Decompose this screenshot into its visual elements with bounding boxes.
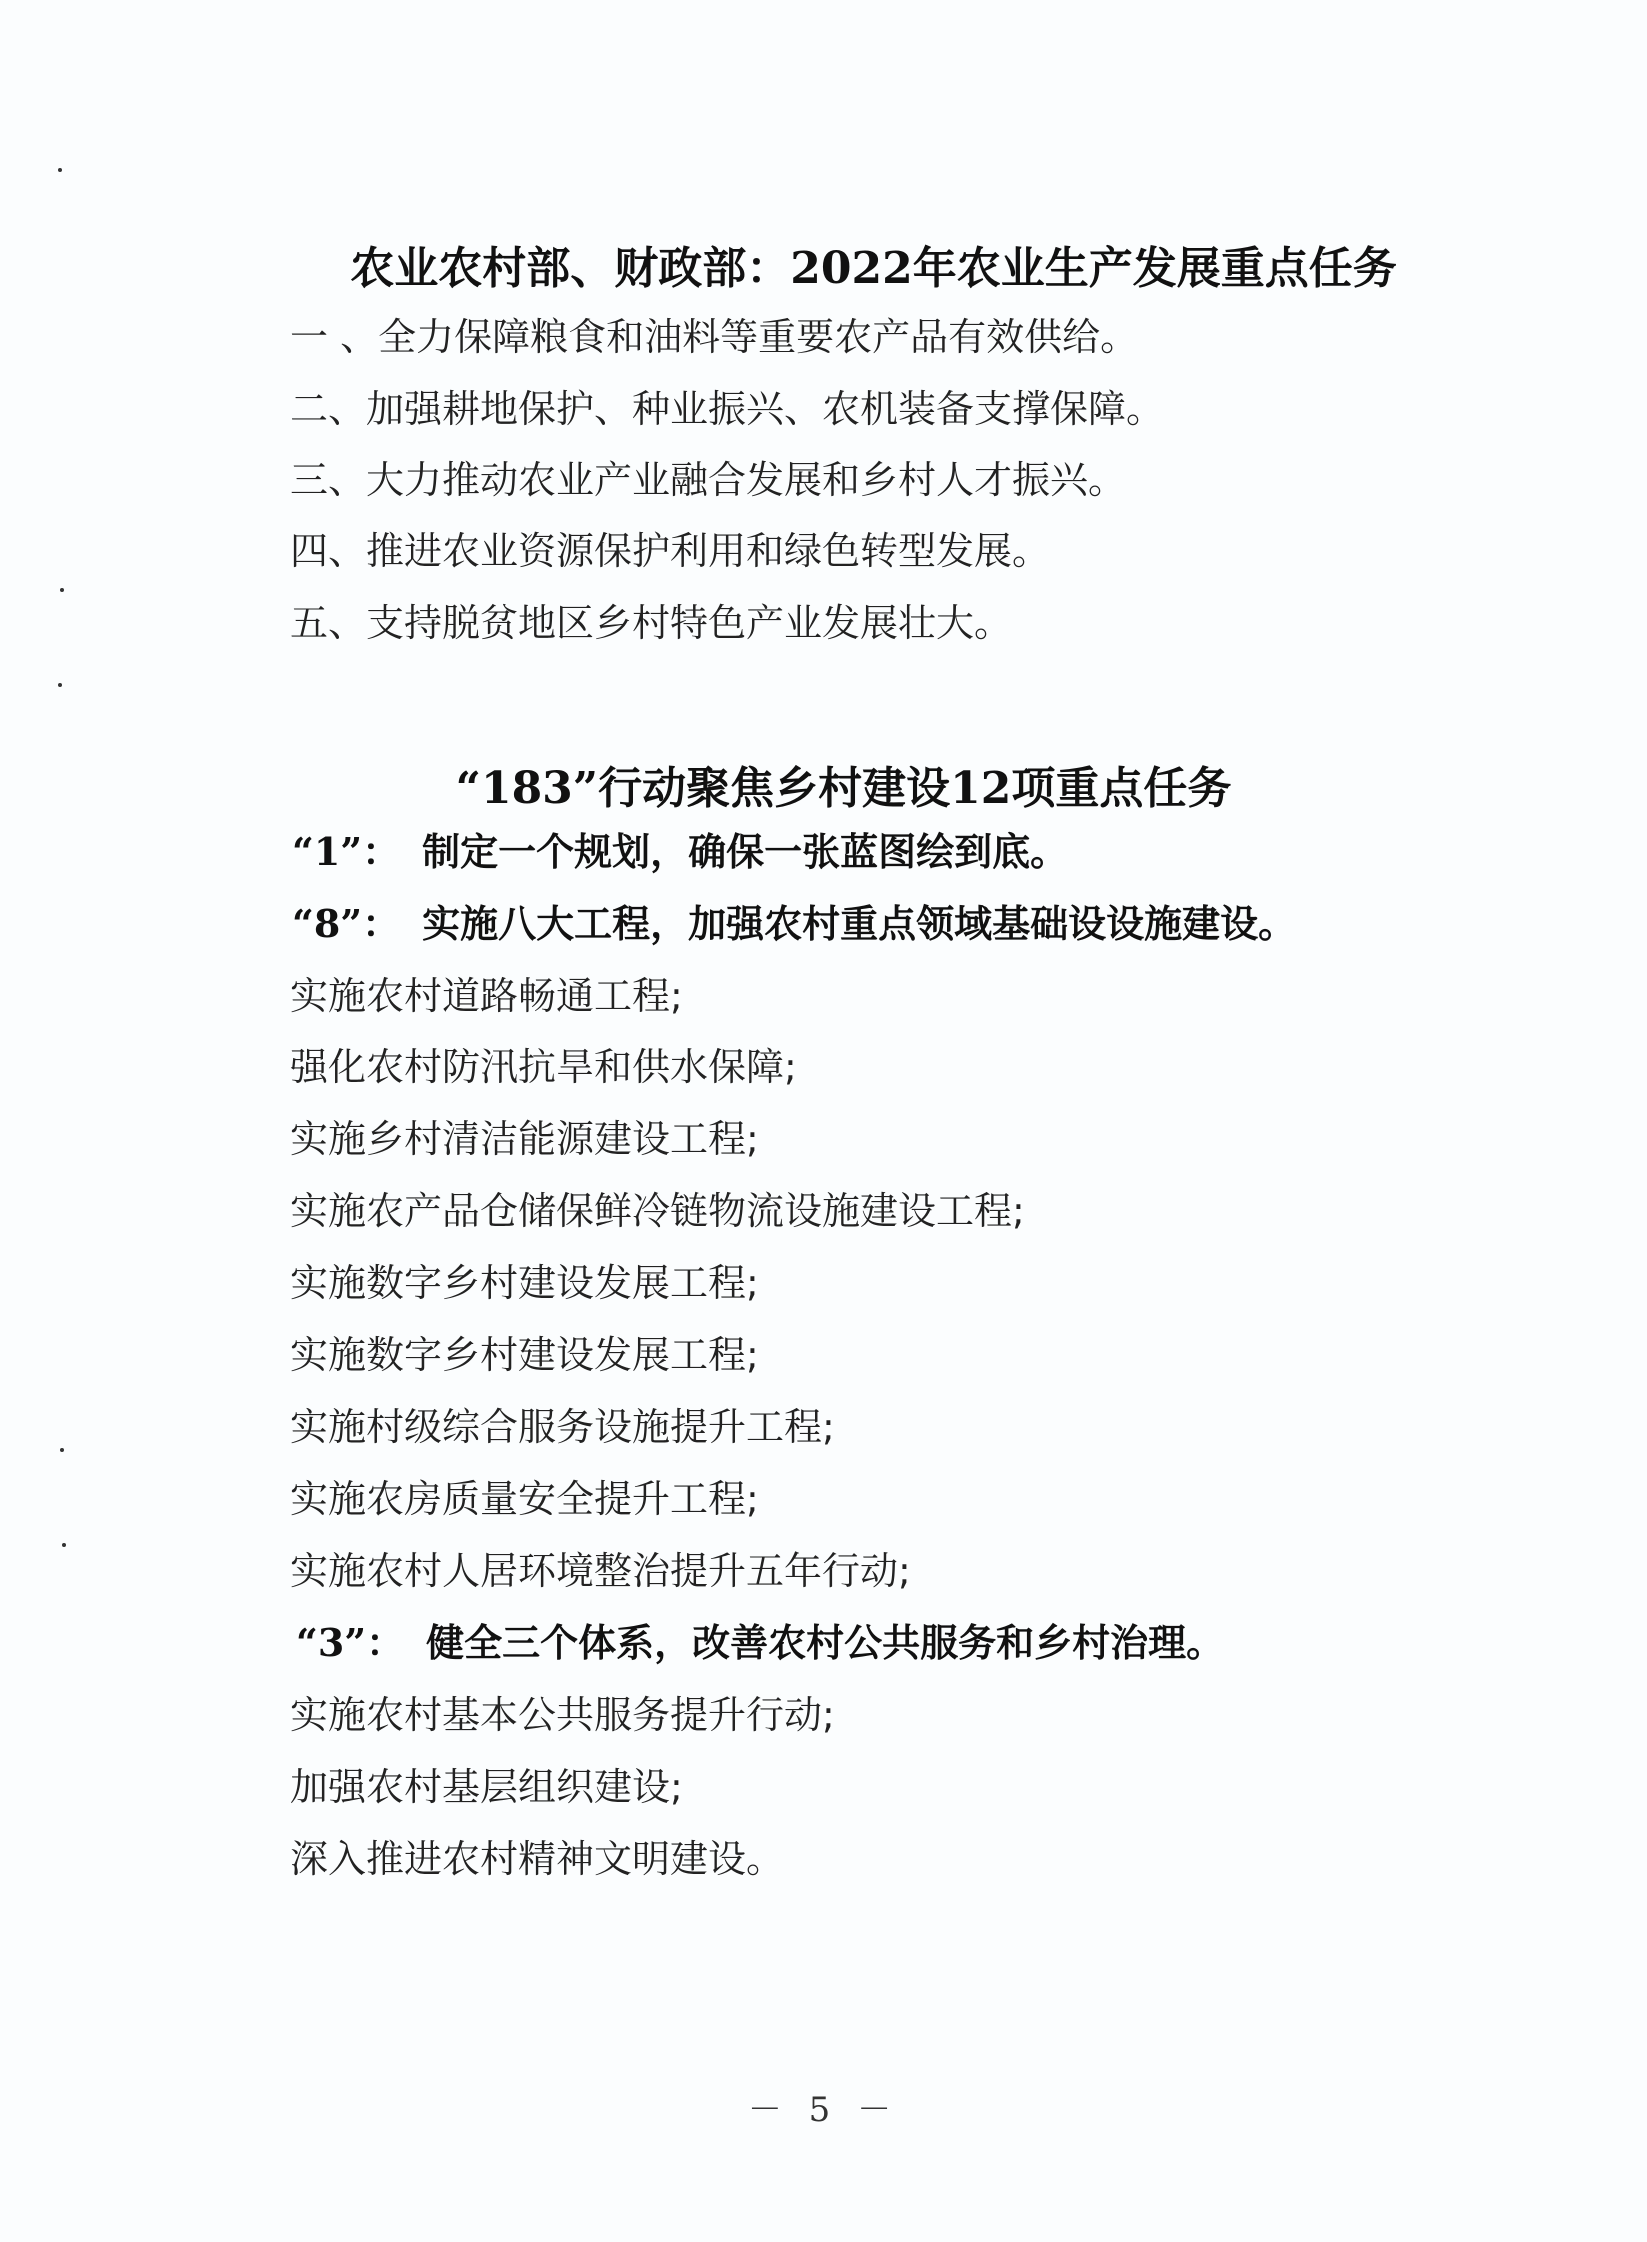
- group-8-label: “8”：: [292, 901, 400, 946]
- group-3-item: 加强农村基层组织建设;: [290, 1763, 683, 1811]
- group-1-heading: “1”：制定一个规划，确保一张蓝图绘到底。: [292, 828, 1068, 876]
- group-8-item: 强化农村防汛抗旱和供水保障;: [290, 1043, 797, 1091]
- group-3-label: “3”：: [296, 1620, 404, 1665]
- document-page: 农业农村部、财政部：2022年农业生产发展重点任务 一 、全力保障粮食和油料等重…: [0, 0, 1647, 2242]
- group-8-item: 实施农产品仓储保鲜冷链物流设施建设工程;: [290, 1187, 1025, 1235]
- group-8-item: 实施数字乡村建设发展工程;: [290, 1259, 759, 1307]
- page-number: － 5 －: [0, 2082, 1647, 2131]
- task-item-1: 一 、全力保障粮食和油料等重要农产品有效供给。: [290, 313, 1138, 361]
- group-8-item: 实施农房质量安全提升工程;: [290, 1475, 759, 1523]
- group-8-item: 实施农村人居环境整治提升五年行动;: [290, 1547, 911, 1595]
- task-item-4: 四、推进农业资源保护利用和绿色转型发展。: [290, 527, 1050, 575]
- group-3-text: 健全三个体系，改善农村公共服务和乡村治理。: [426, 1621, 1224, 1665]
- task-item-2: 二、加强耕地保护、种业振兴、农机装备支撑保障。: [290, 385, 1164, 433]
- group-1-text: 制定一个规划，确保一张蓝图绘到底。: [422, 830, 1068, 874]
- scan-speck: [58, 168, 62, 172]
- group-8-item: 实施乡村清洁能源建设工程;: [290, 1115, 759, 1163]
- task-item-5: 五、支持脱贫地区乡村特色产业发展壮大。: [290, 599, 1012, 647]
- group-8-text: 实施八大工程，加强农村重点领域基础设设施建设。: [422, 902, 1296, 946]
- group-3-item: 实施农村基本公共服务提升行动;: [290, 1691, 835, 1739]
- scan-speck: [60, 1448, 64, 1452]
- group-8-item: 实施村级综合服务设施提升工程;: [290, 1403, 835, 1451]
- group-1-label: “1”：: [292, 829, 400, 874]
- scan-speck: [60, 588, 64, 592]
- section-title-agriculture-tasks: 农业农村部、财政部：2022年农业生产发展重点任务: [50, 232, 1647, 296]
- scan-speck: [58, 683, 62, 687]
- scan-speck: [62, 1543, 66, 1547]
- section-title-183-action: “183”行动聚焦乡村建设12项重点任务: [20, 752, 1647, 816]
- group-3-heading: “3”：健全三个体系，改善农村公共服务和乡村治理。: [296, 1619, 1224, 1667]
- group-3-item: 深入推进农村精神文明建设。: [290, 1835, 784, 1883]
- group-8-item: 实施数字乡村建设发展工程;: [290, 1331, 759, 1379]
- task-item-3: 三、大力推动农业产业融合发展和乡村人才振兴。: [290, 456, 1126, 504]
- group-8-heading: “8”：实施八大工程，加强农村重点领域基础设设施建设。: [292, 900, 1296, 948]
- group-8-item: 实施农村道路畅通工程;: [290, 972, 683, 1020]
